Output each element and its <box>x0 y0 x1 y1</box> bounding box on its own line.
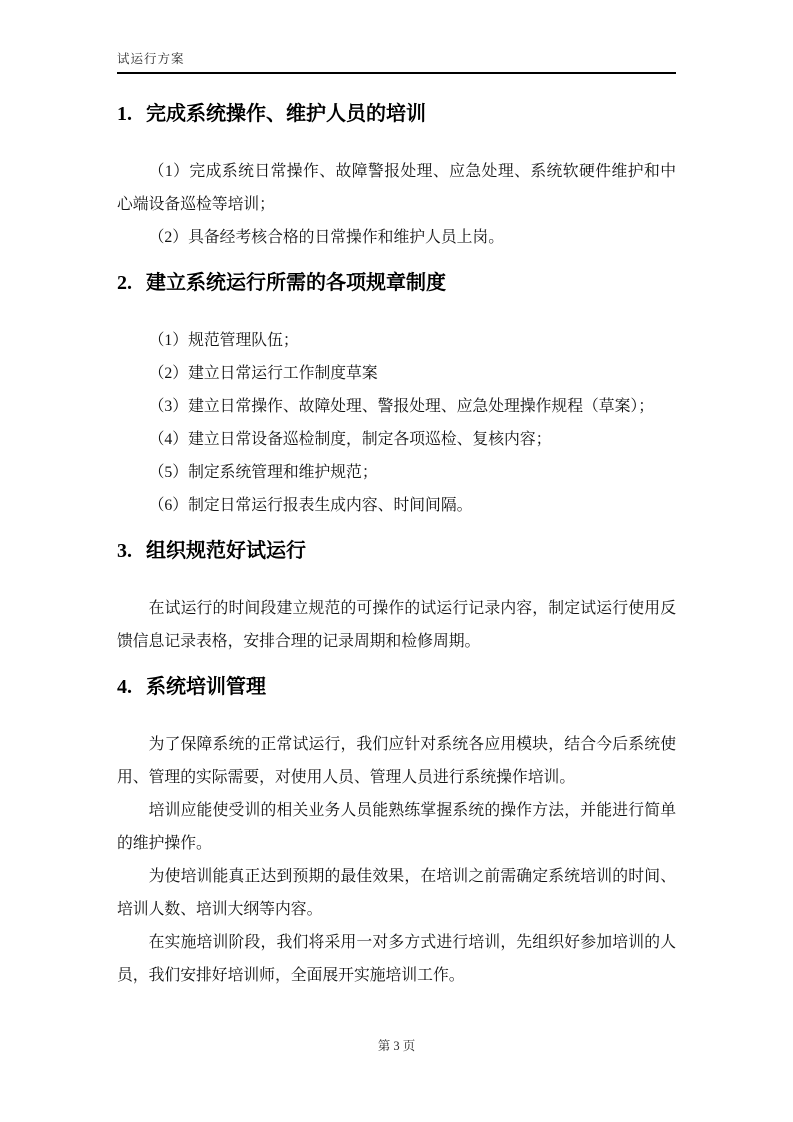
paragraph: 为使培训能真正达到预期的最佳效果，在培训之前需确定系统培训的时间、培训人数、培训… <box>117 860 676 926</box>
page-header: 试运行方案 <box>117 52 676 74</box>
list-item: （6）制定日常运行报表生成内容、时间间隔。 <box>117 489 676 522</box>
section-3-number: 3. <box>117 538 146 564</box>
section-1-heading: 1.完成系统操作、维护人员的培训 <box>117 101 676 127</box>
section-1-number: 1. <box>117 101 146 127</box>
list-item: （5）制定系统管理和维护规范； <box>117 456 676 489</box>
paragraph: 为了保障系统的正常试运行，我们应针对系统各应用模块，结合今后系统使用、管理的实际… <box>117 728 676 794</box>
section-2: 2.建立系统运行所需的各项规章制度 （1）规范管理队伍； （2）建立日常运行工作… <box>117 270 676 522</box>
paragraph: 培训应能使受训的相关业务人员能熟练掌握系统的操作方法，并能进行简单的维护操作。 <box>117 794 676 860</box>
paragraph: 在实施培训阶段，我们将采用一对多方式进行培训，先组织好参加培训的人员，我们安排好… <box>117 926 676 992</box>
document-body: 1.完成系统操作、维护人员的培训 （1）完成系统日常操作、故障警报处理、应急处理… <box>117 101 676 992</box>
section-1-title: 完成系统操作、维护人员的培训 <box>146 103 426 125</box>
list-item: （1）规范管理队伍； <box>117 324 676 357</box>
section-3-title: 组织规范好试运行 <box>146 540 306 562</box>
list-item: （3）建立日常操作、故障处理、警报处理、应急处理操作规程（草案）； <box>117 390 676 423</box>
section-2-title: 建立系统运行所需的各项规章制度 <box>146 272 446 294</box>
document-page: 试运行方案 1.完成系统操作、维护人员的培训 （1）完成系统日常操作、故障警报处… <box>0 0 793 1122</box>
section-4-title: 系统培训管理 <box>146 676 266 698</box>
section-3: 3.组织规范好试运行 在试运行的时间段建立规范的可操作的试运行记录内容，制定试运… <box>117 538 676 658</box>
section-1: 1.完成系统操作、维护人员的培训 （1）完成系统日常操作、故障警报处理、应急处理… <box>117 101 676 254</box>
section-2-number: 2. <box>117 270 146 296</box>
section-3-heading: 3.组织规范好试运行 <box>117 538 676 564</box>
paragraph: （2）具备经考核合格的日常操作和维护人员上岗。 <box>117 221 676 254</box>
list-item: （4）建立日常设备巡检制度，制定各项巡检、复核内容； <box>117 423 676 456</box>
page-footer: 第 3 页 <box>0 1036 793 1054</box>
section-4-number: 4. <box>117 674 146 700</box>
section-4-heading: 4.系统培训管理 <box>117 674 676 700</box>
header-title: 试运行方案 <box>117 52 185 66</box>
paragraph: （1）完成系统日常操作、故障警报处理、应急处理、系统软硬件维护和中心端设备巡检等… <box>117 155 676 221</box>
list-item: （2）建立日常运行工作制度草案 <box>117 357 676 390</box>
section-2-heading: 2.建立系统运行所需的各项规章制度 <box>117 270 676 296</box>
section-4: 4.系统培训管理 为了保障系统的正常试运行，我们应针对系统各应用模块，结合今后系… <box>117 674 676 992</box>
page-number: 第 3 页 <box>378 1039 416 1053</box>
paragraph: 在试运行的时间段建立规范的可操作的试运行记录内容，制定试运行使用反馈信息记录表格… <box>117 592 676 658</box>
